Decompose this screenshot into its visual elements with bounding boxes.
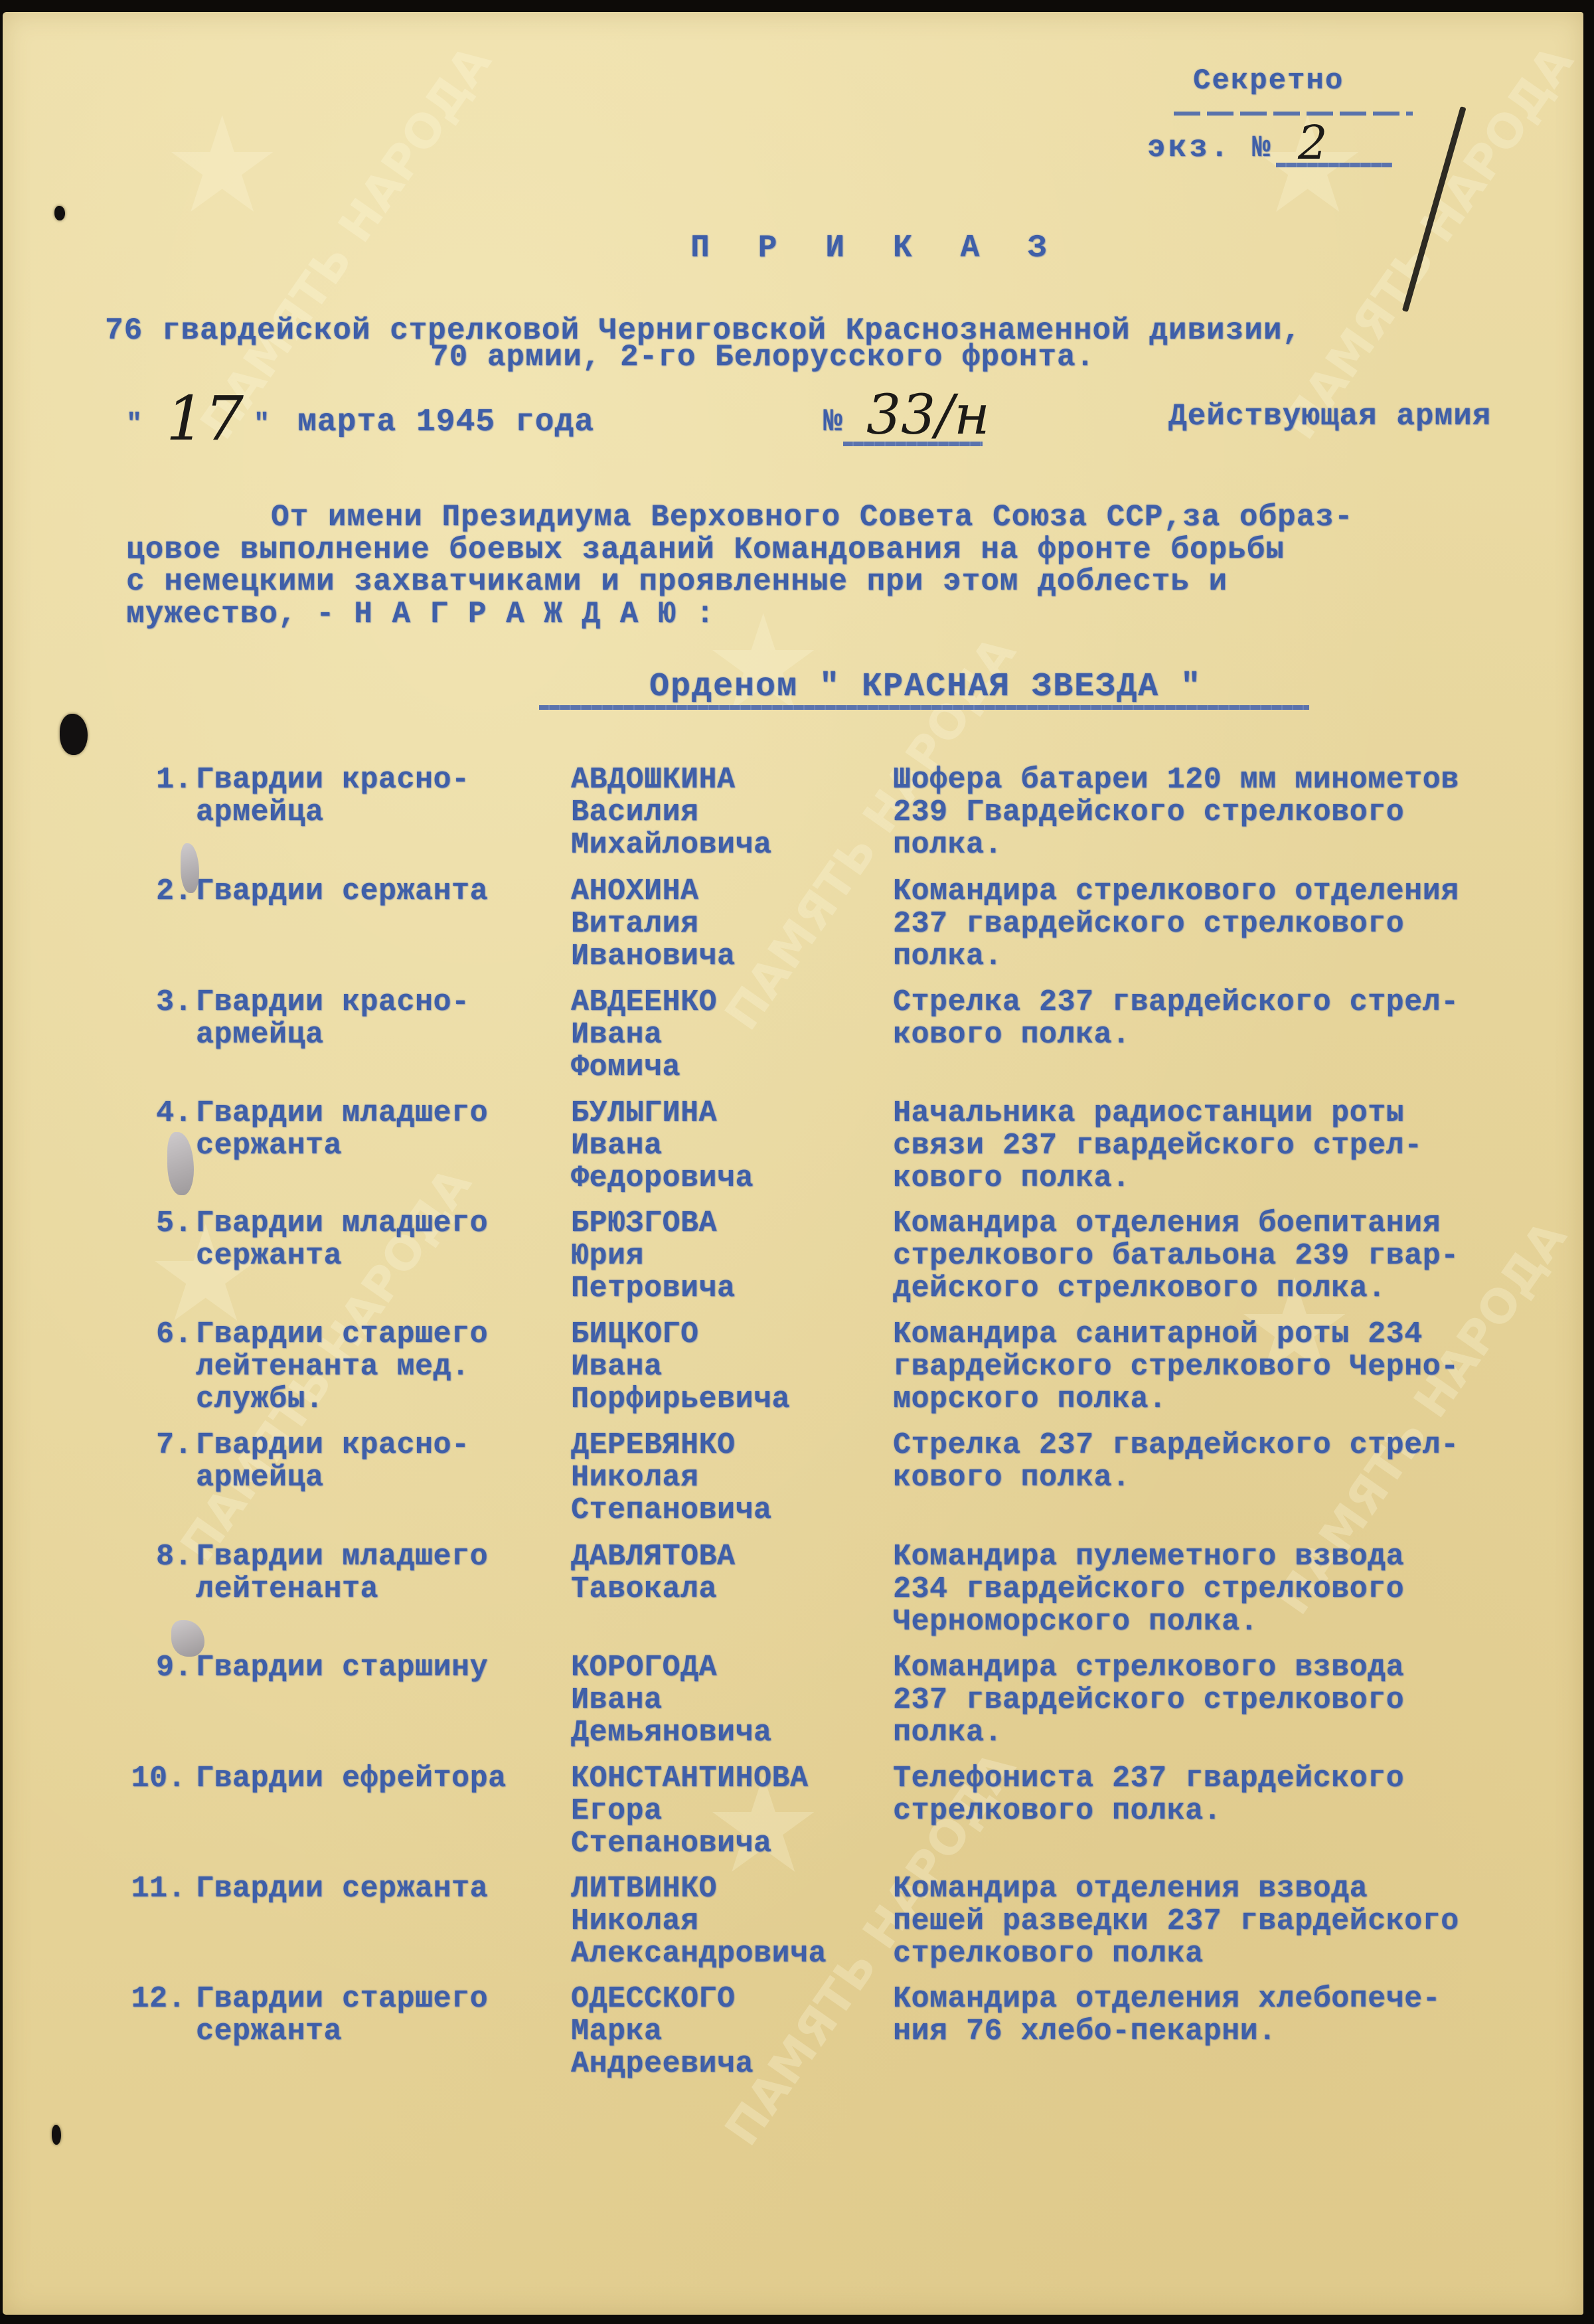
- awardee-rank-line: сержанта: [196, 1240, 488, 1272]
- date-month-year: марта 1945 года: [297, 406, 594, 438]
- date-quote-close: ": [254, 412, 270, 438]
- awardee-name-line: Марка: [571, 2015, 754, 2048]
- awardee-rank: Гвардии сержанта: [196, 1872, 488, 1905]
- unit-line-2: 70 армии, 2-го Белорусского фронта.: [430, 342, 1095, 373]
- copy-number: 2: [1298, 120, 1328, 166]
- awardee-number: 3.: [106, 986, 193, 1019]
- awardee-name: АВДОШКИНАВасилияМихайловича: [571, 764, 772, 861]
- awardee-name-line: Петровича: [571, 1272, 736, 1305]
- star-icon: ★: [704, 598, 823, 730]
- awardee-position: Шофера батареи 120 мм минометов239 Гвард…: [893, 764, 1459, 861]
- awardee-position: Телефониста 237 гвардейскогострелкового …: [893, 1762, 1404, 1827]
- awardee-position-line: Командира отделения взвода: [893, 1872, 1459, 1905]
- awardee-rank: Гвардии ефрейтора: [196, 1762, 507, 1795]
- awardee-position: Командира пулеметного взвода234 гвардейс…: [893, 1540, 1404, 1638]
- awardee-rank-line: Гвардии старшего: [196, 1983, 488, 2015]
- awardee-position-line: Черноморского полка.: [893, 1606, 1404, 1638]
- awardee-name: КОРОГОДАИванаДемьяновича: [571, 1651, 772, 1749]
- location-label: Действующая армия: [1168, 401, 1491, 432]
- awardee-position-line: Стрелка 237 гвардейского стрел-: [893, 986, 1459, 1019]
- awardee-position: Командира отделения взводапешей разведки…: [893, 1872, 1459, 1970]
- awardee-position-line: дейского стрелкового полка.: [893, 1272, 1459, 1305]
- awardee-rank-line: армейца: [196, 796, 470, 829]
- awardee-name-line: ЛИТВИНКО: [571, 1872, 827, 1905]
- awardee-rank-line: армейца: [196, 1461, 470, 1494]
- awardee-number: 6.: [106, 1318, 193, 1351]
- awardee-position-line: стрелкового батальона 239 гвар-: [893, 1240, 1459, 1272]
- awardee-name-line: ДАВЛЯТОВА: [571, 1540, 736, 1573]
- awardee-name-line: Егора: [571, 1795, 809, 1827]
- awardee-rank-line: сержанта: [196, 1129, 488, 1162]
- awardee-position-line: Телефониста 237 гвардейского: [893, 1762, 1404, 1795]
- awardee-name: ОДЕССКОГОМаркаАндреевича: [571, 1983, 754, 2080]
- awardee-name-line: Степановича: [571, 1494, 772, 1527]
- awardee-number: 9.: [106, 1651, 193, 1684]
- date-quote-open: ": [126, 412, 143, 438]
- awardee-number: 11.: [100, 1872, 186, 1905]
- awardee-name-line: Юрия: [571, 1240, 736, 1272]
- awardee-rank: Гвардии сержанта: [196, 875, 488, 908]
- awardee-rank-line: Гвардии красно-: [196, 764, 470, 796]
- awardee-rank-line: Гвардии красно-: [196, 986, 470, 1019]
- awardee-rank-line: лейтенанта: [196, 1573, 488, 1606]
- awardee-name-line: Ивана: [571, 1684, 772, 1716]
- awardee-rank: Гвардии старшеголейтенанта мед.службы.: [196, 1318, 488, 1416]
- awardee-name: ДЕРЕВЯНКОНиколаяСтепановича: [571, 1429, 772, 1527]
- awardee-name-line: Михайловича: [571, 829, 772, 861]
- awardee-position: Начальника радиостанции ротысвязи 237 гв…: [893, 1097, 1423, 1195]
- order-number-underline: [843, 442, 983, 446]
- awardee-rank-line: Гвардии старшего: [196, 1318, 488, 1351]
- awardee-number: 1.: [106, 764, 193, 796]
- awardee-position: Стрелка 237 гвардейского стрел-кового по…: [893, 1429, 1459, 1494]
- awardee-name: ДАВЛЯТОВАТавокала: [571, 1540, 736, 1606]
- awardee-rank-line: Гвардии ефрейтора: [196, 1762, 507, 1795]
- awardee-rank: Гвардии красно-армейца: [196, 764, 470, 829]
- document-title: П Р И К А З: [690, 232, 1062, 264]
- awardee-rank-line: лейтенанта мед.: [196, 1351, 488, 1383]
- awardee-name-line: АНОХИНА: [571, 875, 736, 908]
- awardee-rank: Гвардии младшегосержанта: [196, 1207, 488, 1272]
- awardee-name-line: Федоровича: [571, 1162, 754, 1195]
- awardee-position-line: Командира стрелкового отделения: [893, 875, 1459, 908]
- awardee-position: Командира отделения хлебопече-ния 76 хле…: [893, 1983, 1441, 2048]
- awardee-rank: Гвардии старшегосержанта: [196, 1983, 488, 2048]
- awardee-name: ЛИТВИНКОНиколаяАлександровича: [571, 1872, 827, 1970]
- awardee-position: Стрелка 237 гвардейского стрел-кового по…: [893, 986, 1459, 1051]
- awardee-position-line: Командира отделения хлебопече-: [893, 1983, 1441, 2015]
- awardee-position-line: полка.: [893, 1716, 1404, 1749]
- awardee-position-line: Командира стрелкового взвода: [893, 1651, 1404, 1684]
- awardee-name-line: АВДЕЕНКО: [571, 986, 717, 1019]
- awardee-position-line: Командира пулеметного взвода: [893, 1540, 1404, 1573]
- punch-hole: [52, 2125, 61, 2145]
- awardee-rank: Гвардии младшегосержанта: [196, 1097, 488, 1162]
- awardee-position-line: Командира отделения боепитания: [893, 1207, 1459, 1240]
- copy-number-label: экз. №: [1147, 133, 1273, 163]
- awardee-position: Командира санитарной роты 234гвардейског…: [893, 1318, 1459, 1416]
- awardee-name-line: Степановича: [571, 1827, 809, 1860]
- awardee-position-line: 237 гвардейского стрелкового: [893, 908, 1459, 940]
- preamble-line-3: с немецкими захватчиками и проявленные п…: [126, 566, 1228, 597]
- awardee-name-line: БУЛЫГИНА: [571, 1097, 754, 1129]
- awardee-position-line: кового полка.: [893, 1461, 1459, 1494]
- order-number-label: №: [823, 406, 843, 438]
- star-icon: ★: [163, 100, 281, 232]
- awardee-position-line: кового полка.: [893, 1019, 1459, 1051]
- preamble-line-1: От имени Президиума Верховного Совета Со…: [271, 502, 1353, 533]
- awardee-name-line: Ивана: [571, 1019, 717, 1051]
- awardee-name-line: Порфирьевича: [571, 1383, 790, 1416]
- awardee-name-line: Ивана: [571, 1351, 790, 1383]
- awardee-rank: Гвардии красно-армейца: [196, 986, 470, 1051]
- awardee-position-line: Стрелка 237 гвардейского стрел-: [893, 1429, 1459, 1461]
- classification-label: Секретно: [1193, 66, 1344, 96]
- awardee-position-line: полка.: [893, 829, 1459, 861]
- awardee-number: 7.: [106, 1429, 193, 1461]
- awardee-name-line: Демьяновича: [571, 1716, 772, 1749]
- awardee-position-line: стрелкового полка.: [893, 1795, 1404, 1827]
- punch-hole: [54, 206, 65, 220]
- awardee-number: 10.: [100, 1762, 186, 1795]
- copy-number-underline: [1276, 163, 1392, 167]
- awardee-name-line: Николая: [571, 1461, 772, 1494]
- awardee-name-line: Фомича: [571, 1051, 717, 1084]
- order-number: 33/н: [866, 388, 990, 443]
- awardee-position-line: кового полка.: [893, 1162, 1423, 1195]
- awardee-name-line: БРЮЗГОВА: [571, 1207, 736, 1240]
- awardee-position-line: морского полка.: [893, 1383, 1459, 1416]
- award-heading: Орденом " КРАСНАЯ ЗВЕЗДА ": [649, 671, 1202, 704]
- awardee-name-line: Александровича: [571, 1938, 827, 1970]
- awardee-rank-line: Гвардии старшину: [196, 1651, 488, 1684]
- awardee-name: АНОХИНАВиталияИвановича: [571, 875, 736, 973]
- awardee-rank: Гвардии красно-армейца: [196, 1429, 470, 1494]
- awardee-position-line: ния 76 хлебо-пекарни.: [893, 2015, 1441, 2048]
- awardee-name-line: Ивановича: [571, 940, 736, 973]
- awardee-name: КОНСТАНТИНОВАЕгораСтепановича: [571, 1762, 809, 1860]
- awardee-name: БРЮЗГОВАЮрияПетровича: [571, 1207, 736, 1305]
- awardee-name-line: Василия: [571, 796, 772, 829]
- preamble-line-4: мужество, - Н А Г Р А Ж Д А Ю :: [126, 599, 715, 629]
- awardee-rank-line: Гвардии сержанта: [196, 875, 488, 908]
- awardee-name: АВДЕЕНКОИванаФомича: [571, 986, 717, 1084]
- awardee-rank-line: Гвардии сержанта: [196, 1872, 488, 1905]
- awardee-number: 2.: [106, 875, 193, 908]
- awardee-name-line: АВДОШКИНА: [571, 764, 772, 796]
- awardee-name-line: Виталия: [571, 908, 736, 940]
- awardee-position-line: 239 Гвардейского стрелкового: [893, 796, 1459, 829]
- awardee-rank-line: армейца: [196, 1019, 470, 1051]
- awardee-name-line: КОНСТАНТИНОВА: [571, 1762, 809, 1795]
- awardee-name: БУЛЫГИНАИванаФедоровича: [571, 1097, 754, 1195]
- awardee-rank-line: Гвардии красно-: [196, 1429, 470, 1461]
- awardee-rank-line: Гвардии младшего: [196, 1097, 488, 1129]
- awardee-position-line: Начальника радиостанции роты: [893, 1097, 1423, 1129]
- awardee-position: Командира отделения боепитаниястрелковог…: [893, 1207, 1459, 1305]
- awardee-name-line: ОДЕССКОГО: [571, 1983, 754, 2015]
- awardee-position-line: связи 237 гвардейского стрел-: [893, 1129, 1423, 1162]
- awardee-number: 8.: [106, 1540, 193, 1573]
- awardee-number: 5.: [106, 1207, 193, 1240]
- awardee-position: Командира стрелкового взвода237 гвардейс…: [893, 1651, 1404, 1749]
- awardee-position-line: 237 гвардейского стрелкового: [893, 1684, 1404, 1716]
- awardee-rank: Гвардии младшеголейтенанта: [196, 1540, 488, 1606]
- awardee-rank-line: Гвардии младшего: [196, 1207, 488, 1240]
- awardee-position-line: стрелкового полка: [893, 1938, 1459, 1970]
- awardee-name-line: Тавокала: [571, 1573, 736, 1606]
- awardee-name-line: ДЕРЕВЯНКО: [571, 1429, 772, 1461]
- awardee-name-line: Николая: [571, 1905, 827, 1938]
- awardee-position-line: Шофера батареи 120 мм минометов: [893, 764, 1459, 796]
- punch-hole: [60, 714, 88, 755]
- awardee-rank-line: сержанта: [196, 2015, 488, 2048]
- preamble-line-2: цовое выполнение боевых заданий Командов…: [126, 535, 1285, 565]
- awardee-position-line: гвардейского стрелкового Черно-: [893, 1351, 1459, 1383]
- awardee-name-line: Андреевича: [571, 2048, 754, 2080]
- awardee-rank: Гвардии старшину: [196, 1651, 488, 1684]
- awardee-position-line: полка.: [893, 940, 1459, 973]
- awardee-name: БИЦКОГОИванаПорфирьевича: [571, 1318, 790, 1416]
- awardee-name-line: Ивана: [571, 1129, 754, 1162]
- awardee-name-line: КОРОГОДА: [571, 1651, 772, 1684]
- awardee-rank-line: Гвардии младшего: [196, 1540, 488, 1573]
- award-heading-underline: [539, 705, 1309, 710]
- awardee-position: Командира стрелкового отделения237 гвард…: [893, 875, 1459, 973]
- classification-underline: [1174, 112, 1413, 116]
- awardee-name-line: БИЦКОГО: [571, 1318, 790, 1351]
- awardee-rank-line: службы.: [196, 1383, 488, 1416]
- awardee-number: 4.: [106, 1097, 193, 1129]
- awardee-position-line: 234 гвардейского стрелкового: [893, 1573, 1404, 1606]
- awardee-number: 12.: [100, 1983, 186, 2015]
- awardee-position-line: пешей разведки 237 гвардейского: [893, 1905, 1459, 1938]
- date-day: 17: [166, 388, 244, 450]
- awardee-position-line: Командира санитарной роты 234: [893, 1318, 1459, 1351]
